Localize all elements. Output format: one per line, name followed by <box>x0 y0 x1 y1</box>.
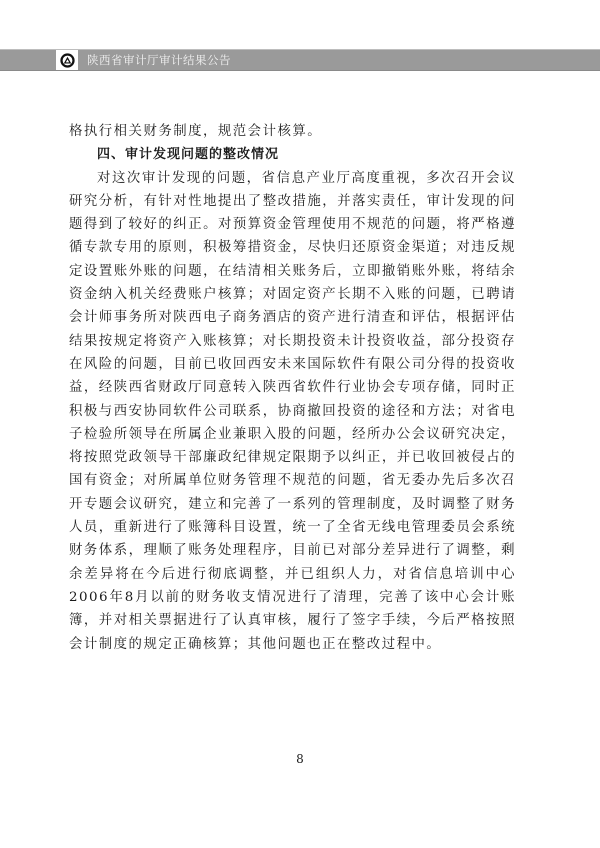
body-paragraph: 对这次审计发现的问题，省信息产业厅高度重视，多次召开会议研究分析，有针对性地提出… <box>69 167 516 656</box>
audit-office-emblem-icon <box>56 50 78 70</box>
header-bar: 陕西省审计厅审计结果公告 <box>0 49 600 71</box>
page-number: 8 <box>0 752 600 766</box>
section-heading: 四、审计发现问题的整改情况 <box>69 143 516 166</box>
continuation-text: 格执行相关财务制度，规范会计核算。 <box>69 120 516 143</box>
document-body: 格执行相关财务制度，规范会计核算。 四、审计发现问题的整改情况 对这次审计发现的… <box>69 120 516 656</box>
header-title: 陕西省审计厅审计结果公告 <box>87 52 231 68</box>
